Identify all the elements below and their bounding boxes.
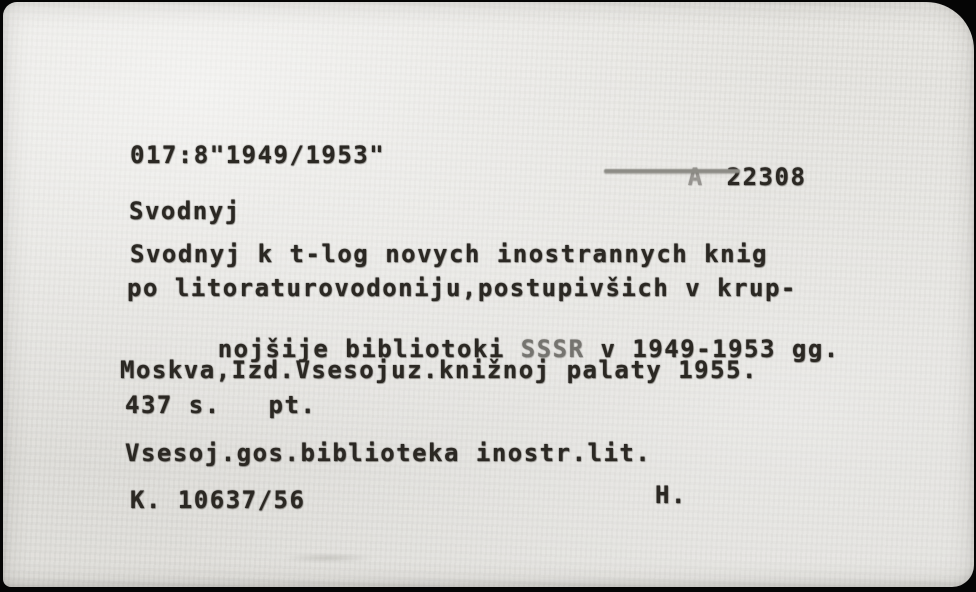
- catalog-card: 017:8"1949/1953" A22308 Svodnyj Svodnyj …: [3, 2, 974, 587]
- classification-number: 017:8"1949/1953": [130, 141, 385, 169]
- collation-line: 437 s. pt.: [125, 391, 316, 419]
- cataloguer-initial: H.: [655, 481, 687, 509]
- title-line-2: po litoraturovodoniju,postupivšich v kru…: [127, 274, 797, 302]
- shelf-number: K. 10637/56: [130, 486, 305, 514]
- imprint-line: Moskva,Izd.Vsesojuz.knižnoj palaty 1955.: [120, 356, 758, 384]
- holding-library-line: Vsesoj.gos.biblioteka inostr.lit.: [125, 439, 651, 467]
- accession-value: 22308: [727, 163, 807, 191]
- pencil-smudge: [283, 554, 373, 562]
- accession-prefix: A: [688, 163, 704, 191]
- scan-background: 017:8"1949/1953" A22308 Svodnyj Svodnyj …: [0, 0, 976, 592]
- title-line-1: Svodnyj k t-log novych inostrannych knig: [130, 240, 768, 268]
- accession-underline: [604, 169, 740, 173]
- heading-entry: Svodnyj: [129, 197, 241, 225]
- accession-number: A22308: [592, 135, 806, 219]
